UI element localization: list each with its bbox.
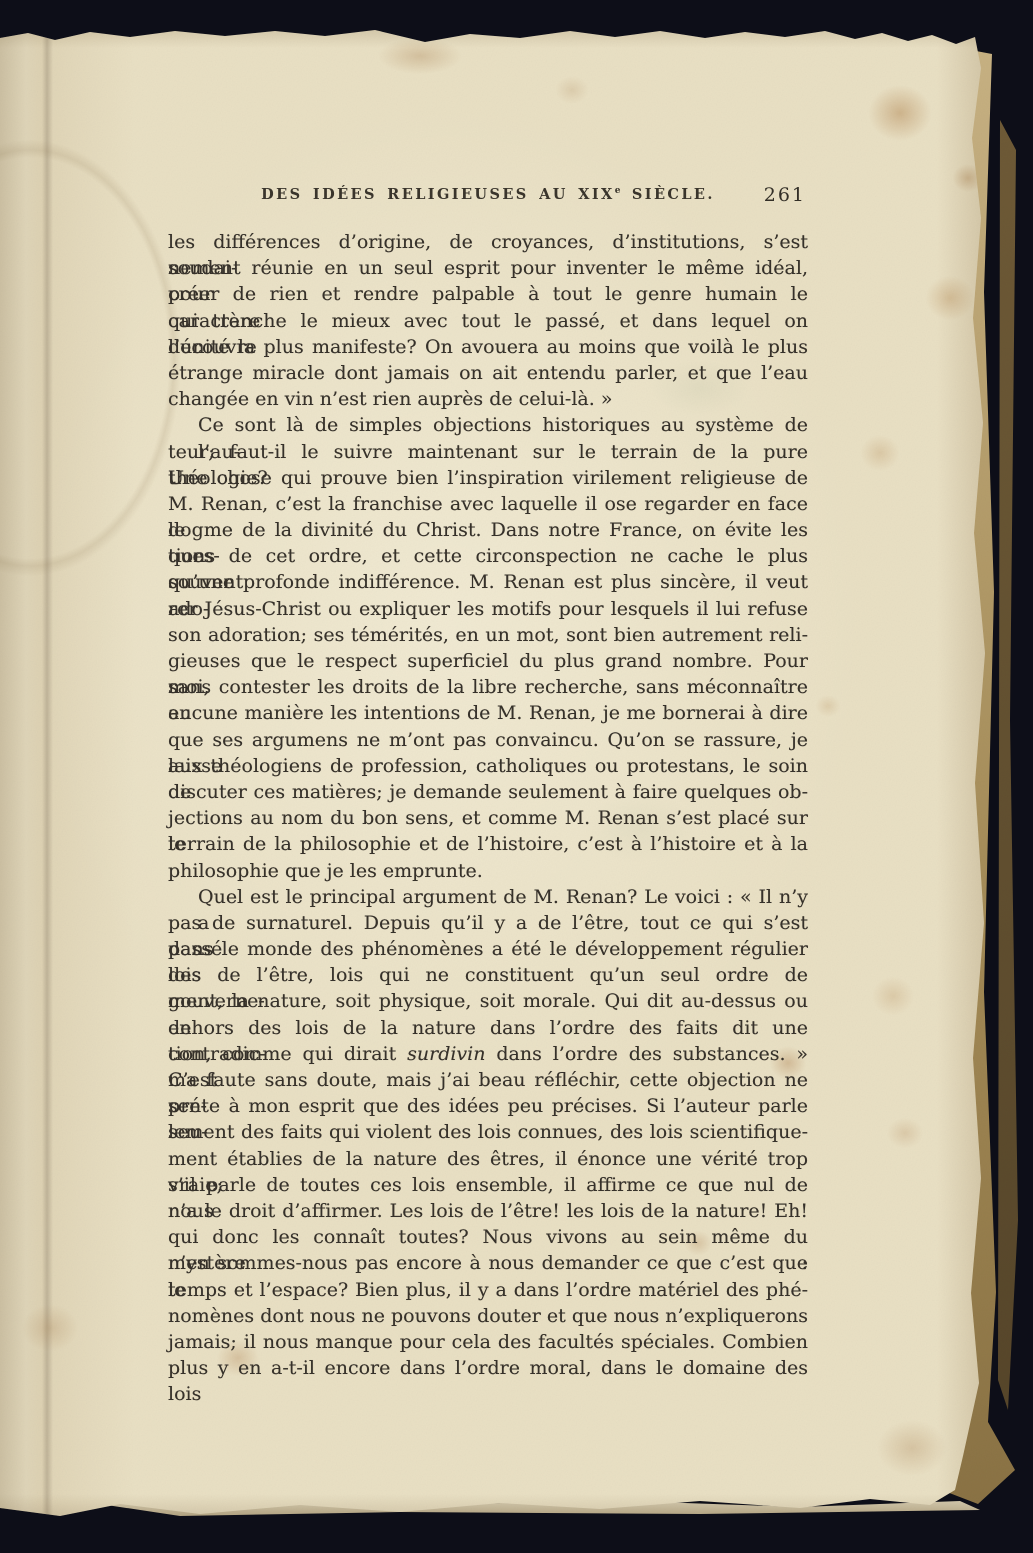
text-line: l’unité la plus manifeste? On avouera au… (168, 334, 808, 360)
text-line: n’en sommes-nous pas encore à nous deman… (168, 1250, 808, 1276)
text-line: s’il parle de toutes ces lois ensemble, … (168, 1172, 808, 1198)
text-line: ment établies de la nature des êtres, il… (168, 1146, 808, 1172)
header-title-tail: SIÈCLE. (621, 186, 714, 203)
text-line: jections au nom du bon sens, et comme M.… (168, 805, 808, 831)
text-line: Une chose qui prouve bien l’inspiration … (168, 465, 808, 491)
text-line: son adoration; ses témérités, en un mot,… (168, 622, 808, 648)
scan-background: DES IDÉES RELIGIEUSES AU XIXe SIÈCLE. 26… (0, 0, 1033, 1553)
text-line: qui tranche le mieux avec tout le passé,… (168, 308, 808, 334)
book-page: DES IDÉES RELIGIEUSES AU XIXe SIÈCLE. 26… (0, 28, 992, 1520)
text-line: étrange miracle dont jamais on ait enten… (168, 360, 808, 386)
running-header: DES IDÉES RELIGIEUSES AU XIXe SIÈCLE. (168, 186, 808, 203)
text-line: ma faute sans doute, mais j’ai beau réfl… (168, 1067, 808, 1093)
text-line: les différences d’origine, de croyances,… (168, 229, 808, 255)
text-line: M. Renan, c’est la franchise avec laquel… (168, 491, 808, 517)
text-line: dehors des lois de la nature dans l’ordr… (168, 1015, 808, 1041)
page-text: les différences d’origine, de croyances,… (168, 229, 808, 1381)
text-line: dogme de la divinité du Christ. Dans not… (168, 517, 808, 543)
text-line: discuter ces matières; je demande seulem… (168, 779, 808, 805)
text-line: ment, la nature, soit physique, soit mor… (168, 988, 808, 1014)
text-line: terrain de la philosophie et de l’histoi… (168, 831, 808, 857)
text-line: changée en vin n’est rien auprès de celu… (168, 386, 808, 412)
text-line: tions de cet ordre, et cette circonspect… (168, 543, 808, 569)
text-line: créer de rien et rendre palpable à tout … (168, 281, 808, 307)
text-line: nement réunie en un seul esprit pour inv… (168, 255, 808, 281)
text-line: qu’une profonde indifférence. M. Renan e… (168, 569, 808, 595)
text-line: jamais; il nous manque pour cela des fac… (168, 1329, 808, 1355)
text-line: que ses argumens ne m’ont pas convaincu.… (168, 727, 808, 753)
text-line: dans le monde des phénomènes a été le dé… (168, 936, 808, 962)
text-line: gieuses que le respect superficiel du pl… (168, 648, 808, 674)
header-title-main: DES IDÉES RELIGIEUSES AU XIX (261, 186, 615, 203)
text-line: aucune manière les intentions de M. Rena… (168, 700, 808, 726)
running-header-row: DES IDÉES RELIGIEUSES AU XIXe SIÈCLE. 26… (168, 186, 808, 212)
text-line: aux théologiens de profession, catholiqu… (168, 753, 808, 779)
text-line: tion, comme qui dirait surdivin dans l’o… (168, 1041, 808, 1067)
text-line: lement des faits qui violent des lois co… (168, 1119, 808, 1145)
text-line: Ce sont là de simples objections histori… (168, 412, 808, 438)
text-line: Quel est le principal argument de M. Ren… (168, 884, 808, 910)
text-line: sente à mon esprit que des idées peu pré… (168, 1093, 808, 1119)
text-line: nomènes dont nous ne pouvons douter et q… (168, 1303, 808, 1329)
page-edges-deep (998, 120, 1020, 1410)
text-line: temps et l’espace? Bien plus, il y a dan… (168, 1277, 808, 1303)
text-line: n’a le droit d’affirmer. Les lois de l’ê… (168, 1198, 808, 1224)
text-line: teur; faut-il le suivre maintenant sur l… (168, 439, 808, 465)
text-line: plus y en a-t-il encore dans l’ordre mor… (168, 1355, 808, 1381)
text-line: rer Jésus-Christ ou expliquer les motifs… (168, 596, 808, 622)
text-line: pas de surnaturel. Depuis qu’il y a de l… (168, 910, 808, 936)
text-line: sans contester les droits de la libre re… (168, 674, 808, 700)
text-line: lois de l’être, lois qui ne constituent … (168, 962, 808, 988)
text-line: qui donc les connaît toutes? Nous vivons… (168, 1224, 808, 1250)
page-number: 261 (764, 184, 806, 206)
text-line: philosophie que je les emprunte. (168, 858, 808, 884)
